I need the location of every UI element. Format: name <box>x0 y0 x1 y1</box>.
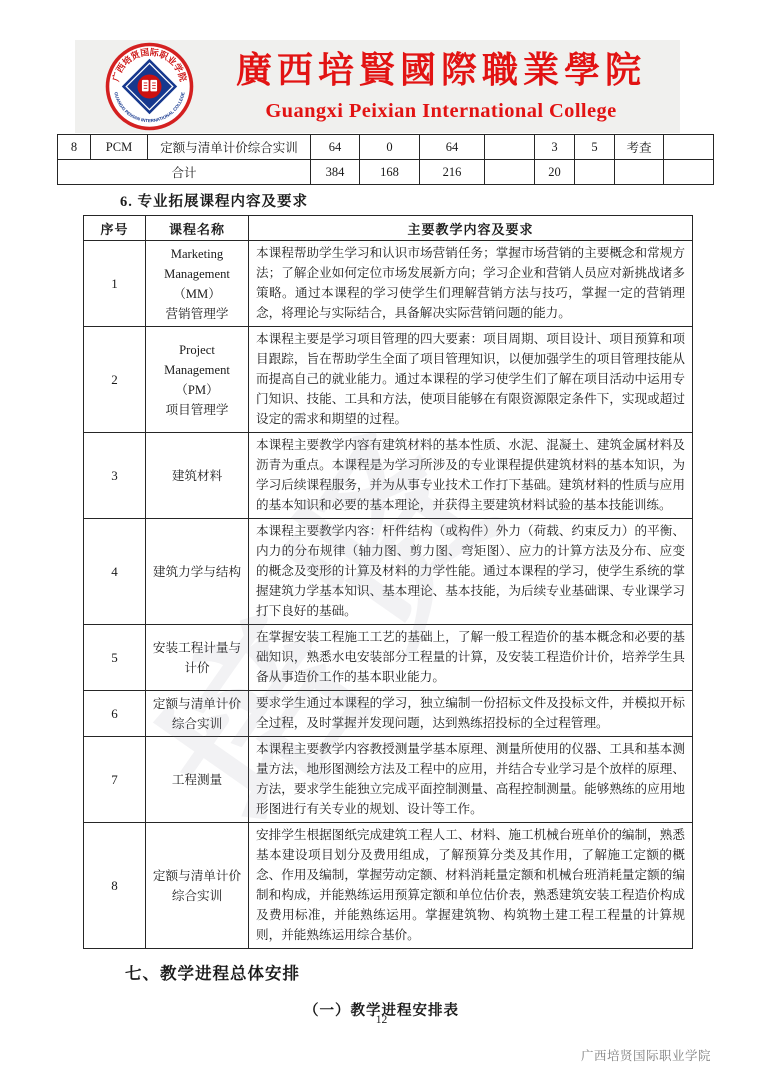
empty-cell <box>615 160 664 185</box>
course-content: 本课程主要教学内容教授测量学基本原理、测量所使用的仪器、工具和基本测量方法，地形… <box>249 737 693 823</box>
total-hours: 384 <box>311 160 360 185</box>
course-name: Marketing Management （MM） 营销管理学 <box>146 241 249 327</box>
empty-cell <box>575 160 615 185</box>
hours-total: 64 <box>311 135 360 160</box>
section-7-heading: 七、教学进程总体安排 <box>125 960 763 984</box>
course-content: 本课程主要教学内容有建筑材料的基本性质、水泥、混凝土、建筑金属材料及沥青为重点。… <box>249 433 693 519</box>
section-6-heading: 6. 专业拓展课程内容及要求 <box>120 190 763 211</box>
course-title: 定额与清单计价综合实训 <box>148 135 311 160</box>
summary-row-total: 合计 384 168 216 20 <box>58 160 714 185</box>
summary-table: 8 PCM 定额与清单计价综合实训 64 0 64 3 5 考查 合计 384 … <box>57 134 714 185</box>
summary-row-course: 8 PCM 定额与清单计价综合实训 64 0 64 3 5 考查 <box>58 135 714 160</box>
course-no: 4 <box>84 519 146 625</box>
course-no: 1 <box>84 241 146 327</box>
page-number: 12 <box>0 1014 763 1026</box>
document-page: 培贤 广西培贤国际职业学院 GUANGXI PEIXIAN INTERNATIO… <box>0 0 763 1080</box>
course-no: 3 <box>84 433 146 519</box>
course-name: 定额与清单计价 综合实训 <box>146 823 249 949</box>
footer-text: 广西培贤国际职业学院 <box>581 1046 711 1064</box>
credits: 3 <box>535 135 575 160</box>
empty-cell <box>485 135 535 160</box>
course-no: 2 <box>84 327 146 433</box>
empty-cell <box>485 160 535 185</box>
header-course-name: 课程名称 <box>146 216 249 241</box>
total-practice: 216 <box>420 160 485 185</box>
course-content: 本课程主要教学内容：杆件结构（或构件）外力（荷载、约束反力）的平衡、内力的分布规… <box>249 519 693 625</box>
course-content-table: 序号 课程名称 主要教学内容及要求 1 Marketing Management… <box>83 215 693 949</box>
hours-practice: 64 <box>420 135 485 160</box>
course-name: 定额与清单计价 综合实训 <box>146 691 249 737</box>
course-content: 在掌握安装工程施工工艺的基础上，了解一般工程造价的基本概念和必要的基础知识，熟悉… <box>249 625 693 691</box>
total-theory: 168 <box>360 160 420 185</box>
course-content: 本课程帮助学生学习和认识市场营销任务；掌握市场营销的主要概念和常规方法；了解企业… <box>249 241 693 327</box>
college-name-zh: 廣西培賢國際職業學院 <box>207 44 675 96</box>
course-row-3: 3 建筑材料 本课程主要教学内容有建筑材料的基本性质、水泥、混凝土、建筑金属材料… <box>84 433 693 519</box>
college-seal-icon: 广西培贤国际职业学院 GUANGXI PEIXIAN INTERNATIONAL… <box>105 42 194 131</box>
course-name: 建筑材料 <box>146 433 249 519</box>
course-content: 本课程主要是学习项目管理的四大要素：项目周期、项目设计、项目预算和项目跟踪，旨在… <box>249 327 693 433</box>
course-content: 要求学生通过本课程的学习，独立编制一份招标文件及投标文件，并模拟开标全过程，及时… <box>249 691 693 737</box>
course-name: 工程测量 <box>146 737 249 823</box>
course-row-6: 6 定额与清单计价 综合实训 要求学生通过本课程的学习，独立编制一份招标文件及投… <box>84 691 693 737</box>
course-content: 安排学生根据图纸完成建筑工程人工、材料、施工机械台班单价的编制，熟悉基本建设项目… <box>249 823 693 949</box>
course-name: 建筑力学与结构 <box>146 519 249 625</box>
course-table-header-row: 序号 课程名称 主要教学内容及要求 <box>84 216 693 241</box>
course-row-7: 7 工程测量 本课程主要教学内容教授测量学基本原理、测量所使用的仪器、工具和基本… <box>84 737 693 823</box>
page-header: 广西培贤国际职业学院 GUANGXI PEIXIAN INTERNATIONAL… <box>75 40 680 133</box>
course-no: 8 <box>84 823 146 949</box>
course-code: PCM <box>91 135 148 160</box>
header-no: 序号 <box>84 216 146 241</box>
course-row-8: 8 定额与清单计价 综合实训 安排学生根据图纸完成建筑工程人工、材料、施工机械台… <box>84 823 693 949</box>
course-no: 7 <box>84 737 146 823</box>
assessment-type: 考查 <box>615 135 664 160</box>
hours-theory: 0 <box>360 135 420 160</box>
course-row-1: 1 Marketing Management （MM） 营销管理学 本课程帮助学… <box>84 241 693 327</box>
semester: 5 <box>575 135 615 160</box>
college-name-en: Guangxi Peixian International College <box>207 96 675 126</box>
course-row-5: 5 安装工程计量与 计价 在掌握安装工程施工工艺的基础上，了解一般工程造价的基本… <box>84 625 693 691</box>
course-row-4: 4 建筑力学与结构 本课程主要教学内容：杆件结构（或构件）外力（荷载、约束反力）… <box>84 519 693 625</box>
empty-cell <box>664 160 714 185</box>
total-label: 合计 <box>58 160 311 185</box>
course-name: 安装工程计量与 计价 <box>146 625 249 691</box>
empty-cell <box>664 135 714 160</box>
header-content: 主要教学内容及要求 <box>249 216 693 241</box>
college-titles: 廣西培賢國際職業學院 Guangxi Peixian International… <box>207 44 675 126</box>
total-credits: 20 <box>535 160 575 185</box>
course-name: Project Management（PM） 项目管理学 <box>146 327 249 433</box>
course-seq: 8 <box>58 135 91 160</box>
course-no: 5 <box>84 625 146 691</box>
course-no: 6 <box>84 691 146 737</box>
course-row-2: 2 Project Management（PM） 项目管理学 本课程主要是学习项… <box>84 327 693 433</box>
